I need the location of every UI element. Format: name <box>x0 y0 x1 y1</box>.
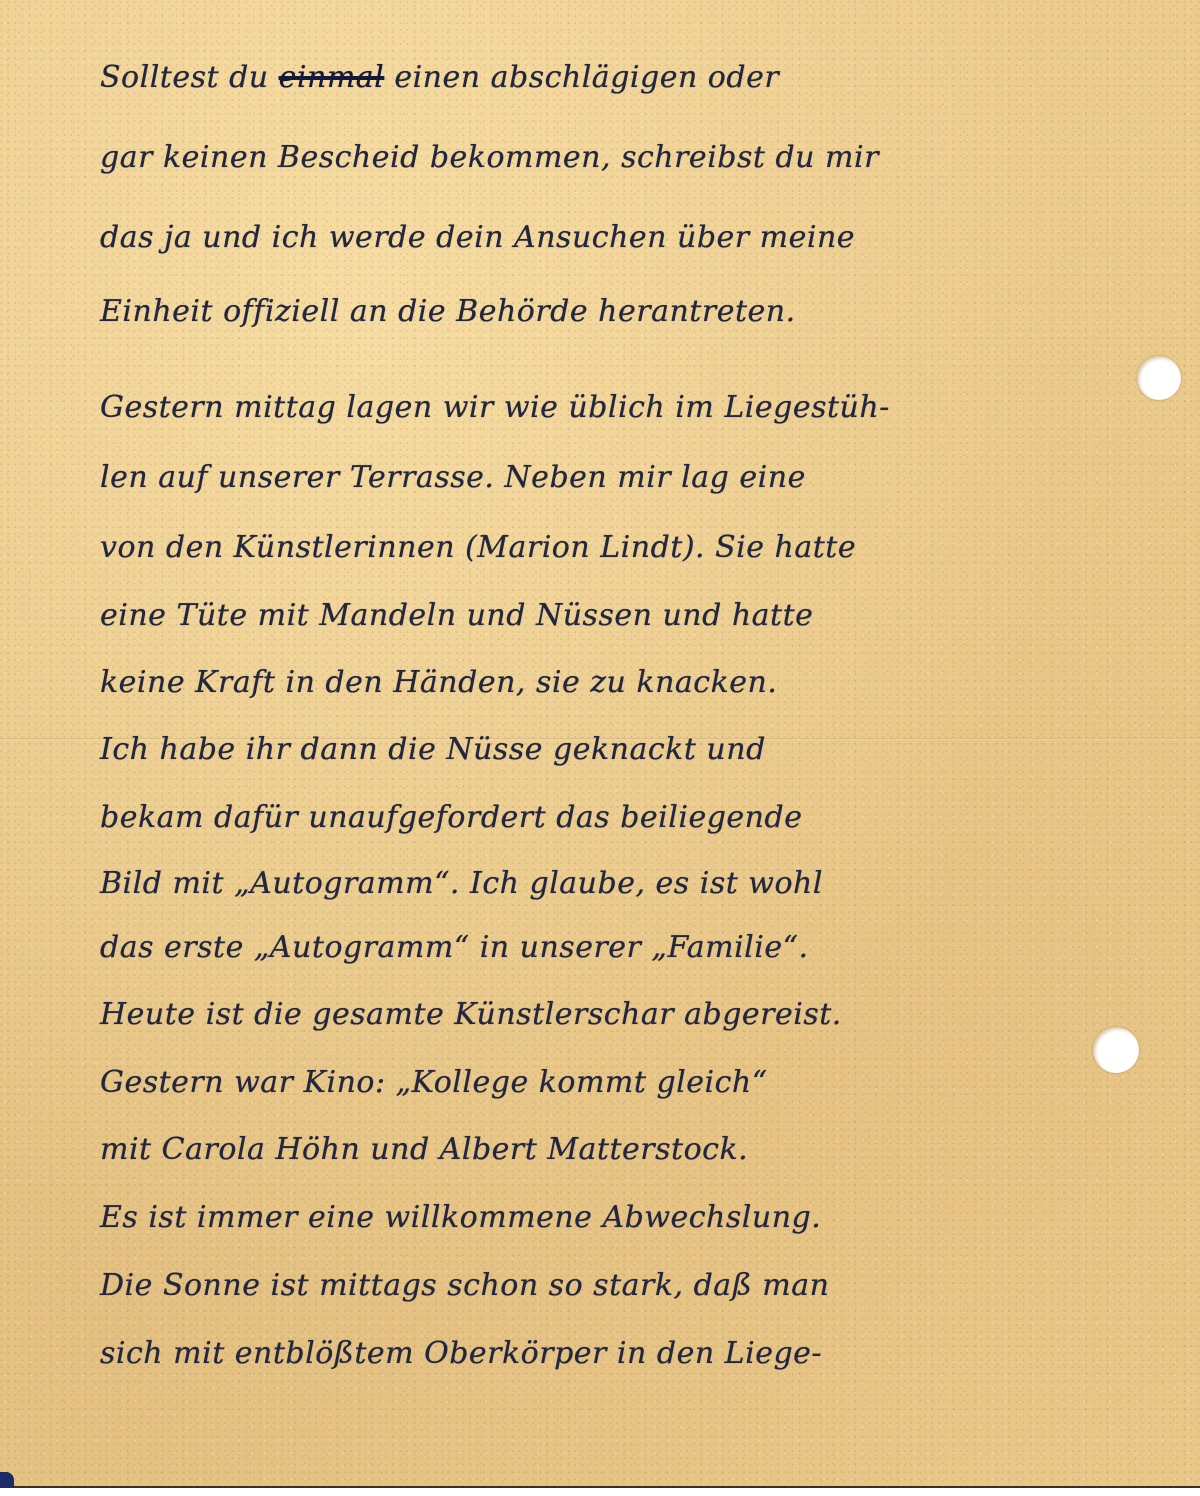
text-line-12: Bild mit „Autogramm“. Ich glaube, es ist… <box>100 866 823 901</box>
text-line-13: das erste „Autogramm“ in unserer „Famili… <box>100 930 808 965</box>
text-line-11: bekam dafür unaufgefordert das beiliegen… <box>100 800 802 835</box>
struck-word: einmal <box>279 60 385 95</box>
text-line-6: len auf unserer Terrasse. Neben mir lag … <box>100 460 806 495</box>
text-line-1: Solltest du einmal einen abschlägigen od… <box>100 60 779 95</box>
text-line-17: Es ist immer eine willkommene Abwechslun… <box>100 1200 821 1235</box>
text-line-8: eine Tüte mit Mandeln und Nüssen und hat… <box>100 598 813 633</box>
text-line-10: Ich habe ihr dann die Nüsse geknackt und <box>100 732 766 767</box>
text-line-15: Gestern war Kino: „Kollege kommt gleich“ <box>100 1065 768 1100</box>
line-text: Solltest du <box>100 60 279 95</box>
text-line-9: keine Kraft in den Händen, sie zu knacke… <box>100 665 777 700</box>
text-line-5: Gestern mittag lagen wir wie üblich im L… <box>100 390 890 425</box>
line-text: einen abschlägigen oder <box>384 60 779 95</box>
ink-mark <box>0 1472 14 1488</box>
text-line-3: das ja und ich werde dein Ansuchen über … <box>100 220 855 255</box>
text-line-4: Einheit offiziell an die Behörde herantr… <box>100 294 796 329</box>
text-line-14: Heute ist die gesamte Künstlerschar abge… <box>100 997 842 1032</box>
text-line-7: von den Künstlerinnen (Marion Lindt). Si… <box>100 530 856 565</box>
punch-hole-bottom <box>1093 1027 1139 1073</box>
punch-hole-top <box>1137 356 1181 400</box>
letter-page: Solltest du einmal einen abschlägigen od… <box>0 0 1200 1488</box>
text-line-2: gar keinen Bescheid bekommen, schreibst … <box>100 140 879 175</box>
text-line-18: Die Sonne ist mittags schon so stark, da… <box>100 1268 829 1303</box>
text-line-16: mit Carola Höhn und Albert Matterstock. <box>100 1132 748 1167</box>
text-line-19: sich mit entblößtem Oberkörper in den Li… <box>100 1336 822 1371</box>
